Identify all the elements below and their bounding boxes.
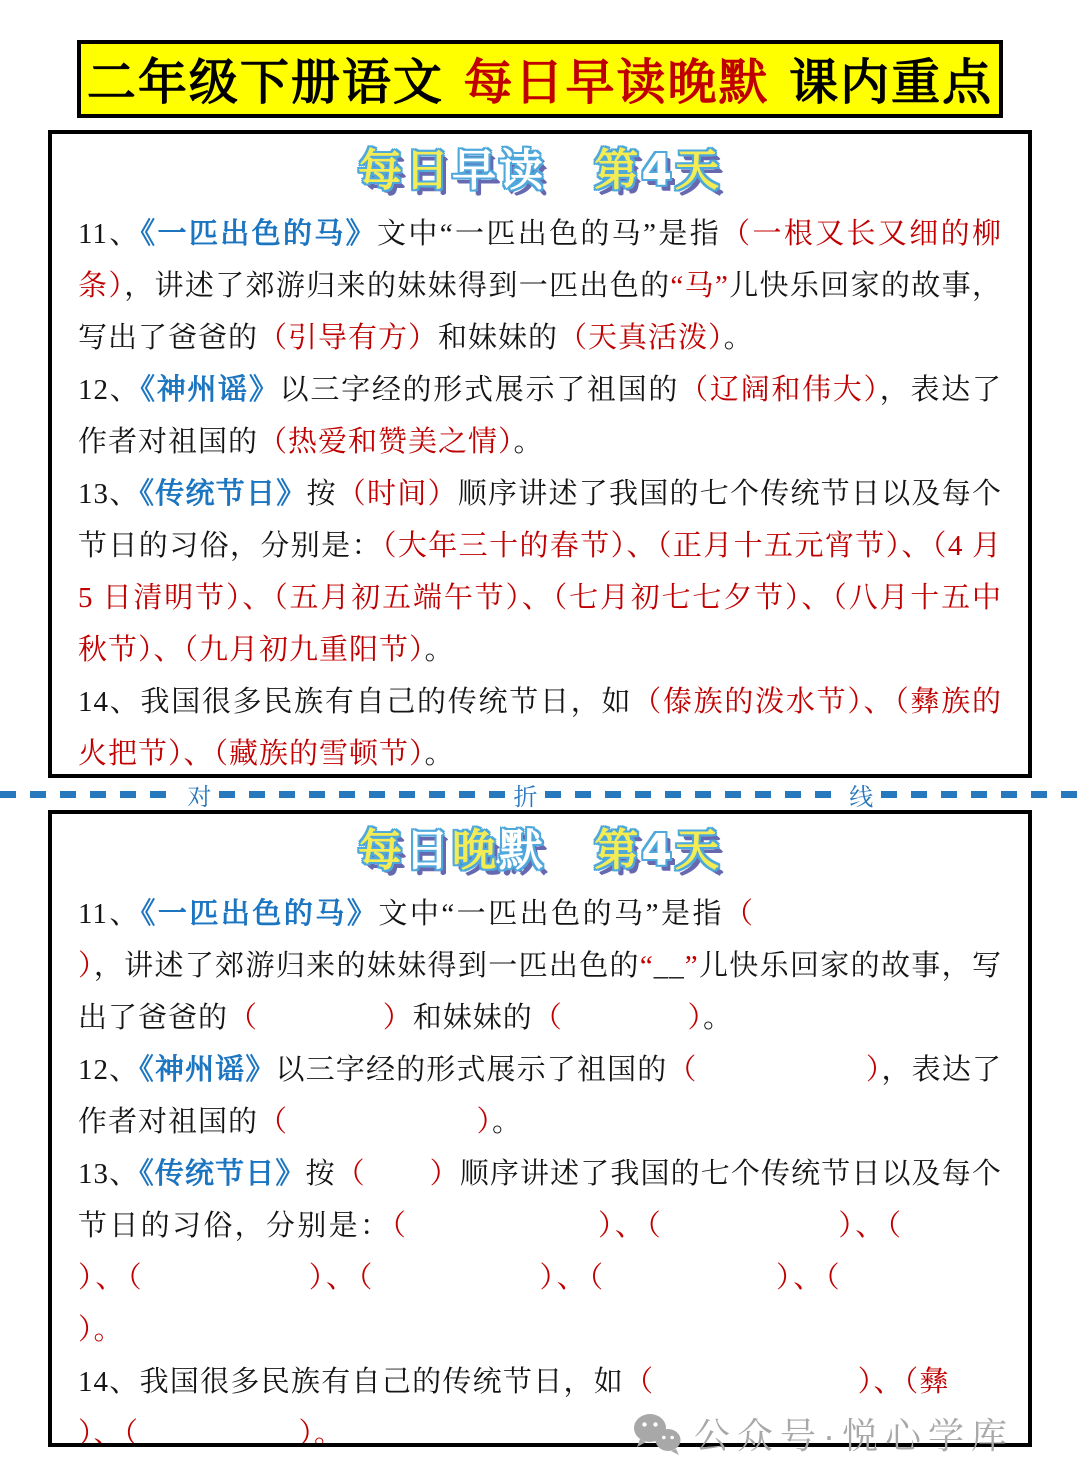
- watermark: 公众号·悦心学库: [630, 1408, 1014, 1459]
- evening-item-12: 12、《神州谣》以三字经的形式展示了祖国的（），表达了作者对祖国的（）。: [78, 1044, 1002, 1148]
- evening-item-11: 11、《一匹出色的马》文中“一匹出色的马”是指（），讲述了郊游归来的妹妹得到一匹…: [78, 888, 1002, 1044]
- fold-dash-segment: [0, 791, 179, 798]
- fold-label-dui: 对: [179, 777, 219, 812]
- morning-item-14: 14、我国很多民族有自己的传统节日，如（傣族的泼水节）、（彝族的火把节）、（藏族…: [78, 676, 1002, 778]
- morning-section: 每日早读第4天 11、《一匹出色的马》文中“一匹出色的马”是指（一根又长又细的柳…: [48, 130, 1032, 778]
- fold-dash-segment: [881, 791, 1080, 798]
- evening-item-13: 13、《传统节日》按（）顺序讲述了我国的七个传统节日以及每个节日的习俗，分别是：…: [78, 1148, 1002, 1356]
- fold-dash-segment: [219, 791, 505, 798]
- evening-section: 每日晚默第4天 11、《一匹出色的马》文中“一匹出色的马”是指（），讲述了郊游归…: [48, 810, 1032, 1447]
- wechat-icon: [630, 1411, 684, 1457]
- worksheet-page: 二年级下册语文每日早读晚默课内重点 每日早读第4天 11、《一匹出色的马》文中“…: [0, 0, 1080, 1482]
- title-banner: 二年级下册语文每日早读晚默课内重点: [77, 40, 1003, 118]
- fold-line: 对 折 线: [0, 778, 1080, 810]
- evening-header: 每日晚默第4天: [78, 822, 1002, 880]
- morning-item-12: 12、《神州谣》以三字经的形式展示了祖国的（辽阔和伟大），表达了作者对祖国的（热…: [78, 364, 1002, 468]
- morning-header: 每日早读第4天: [78, 142, 1002, 200]
- fold-label-xian: 线: [841, 777, 881, 812]
- fold-label-zhe: 折: [505, 777, 545, 812]
- morning-item-13: 13、《传统节日》按（时间）顺序讲述了我国的七个传统节日以及每个节日的习俗，分别…: [78, 468, 1002, 676]
- morning-item-11: 11、《一匹出色的马》文中“一匹出色的马”是指（一根又长又细的柳条），讲述了郊游…: [78, 208, 1002, 364]
- fold-dash-segment: [545, 791, 841, 798]
- watermark-text: 公众号·悦心学库: [694, 1408, 1014, 1459]
